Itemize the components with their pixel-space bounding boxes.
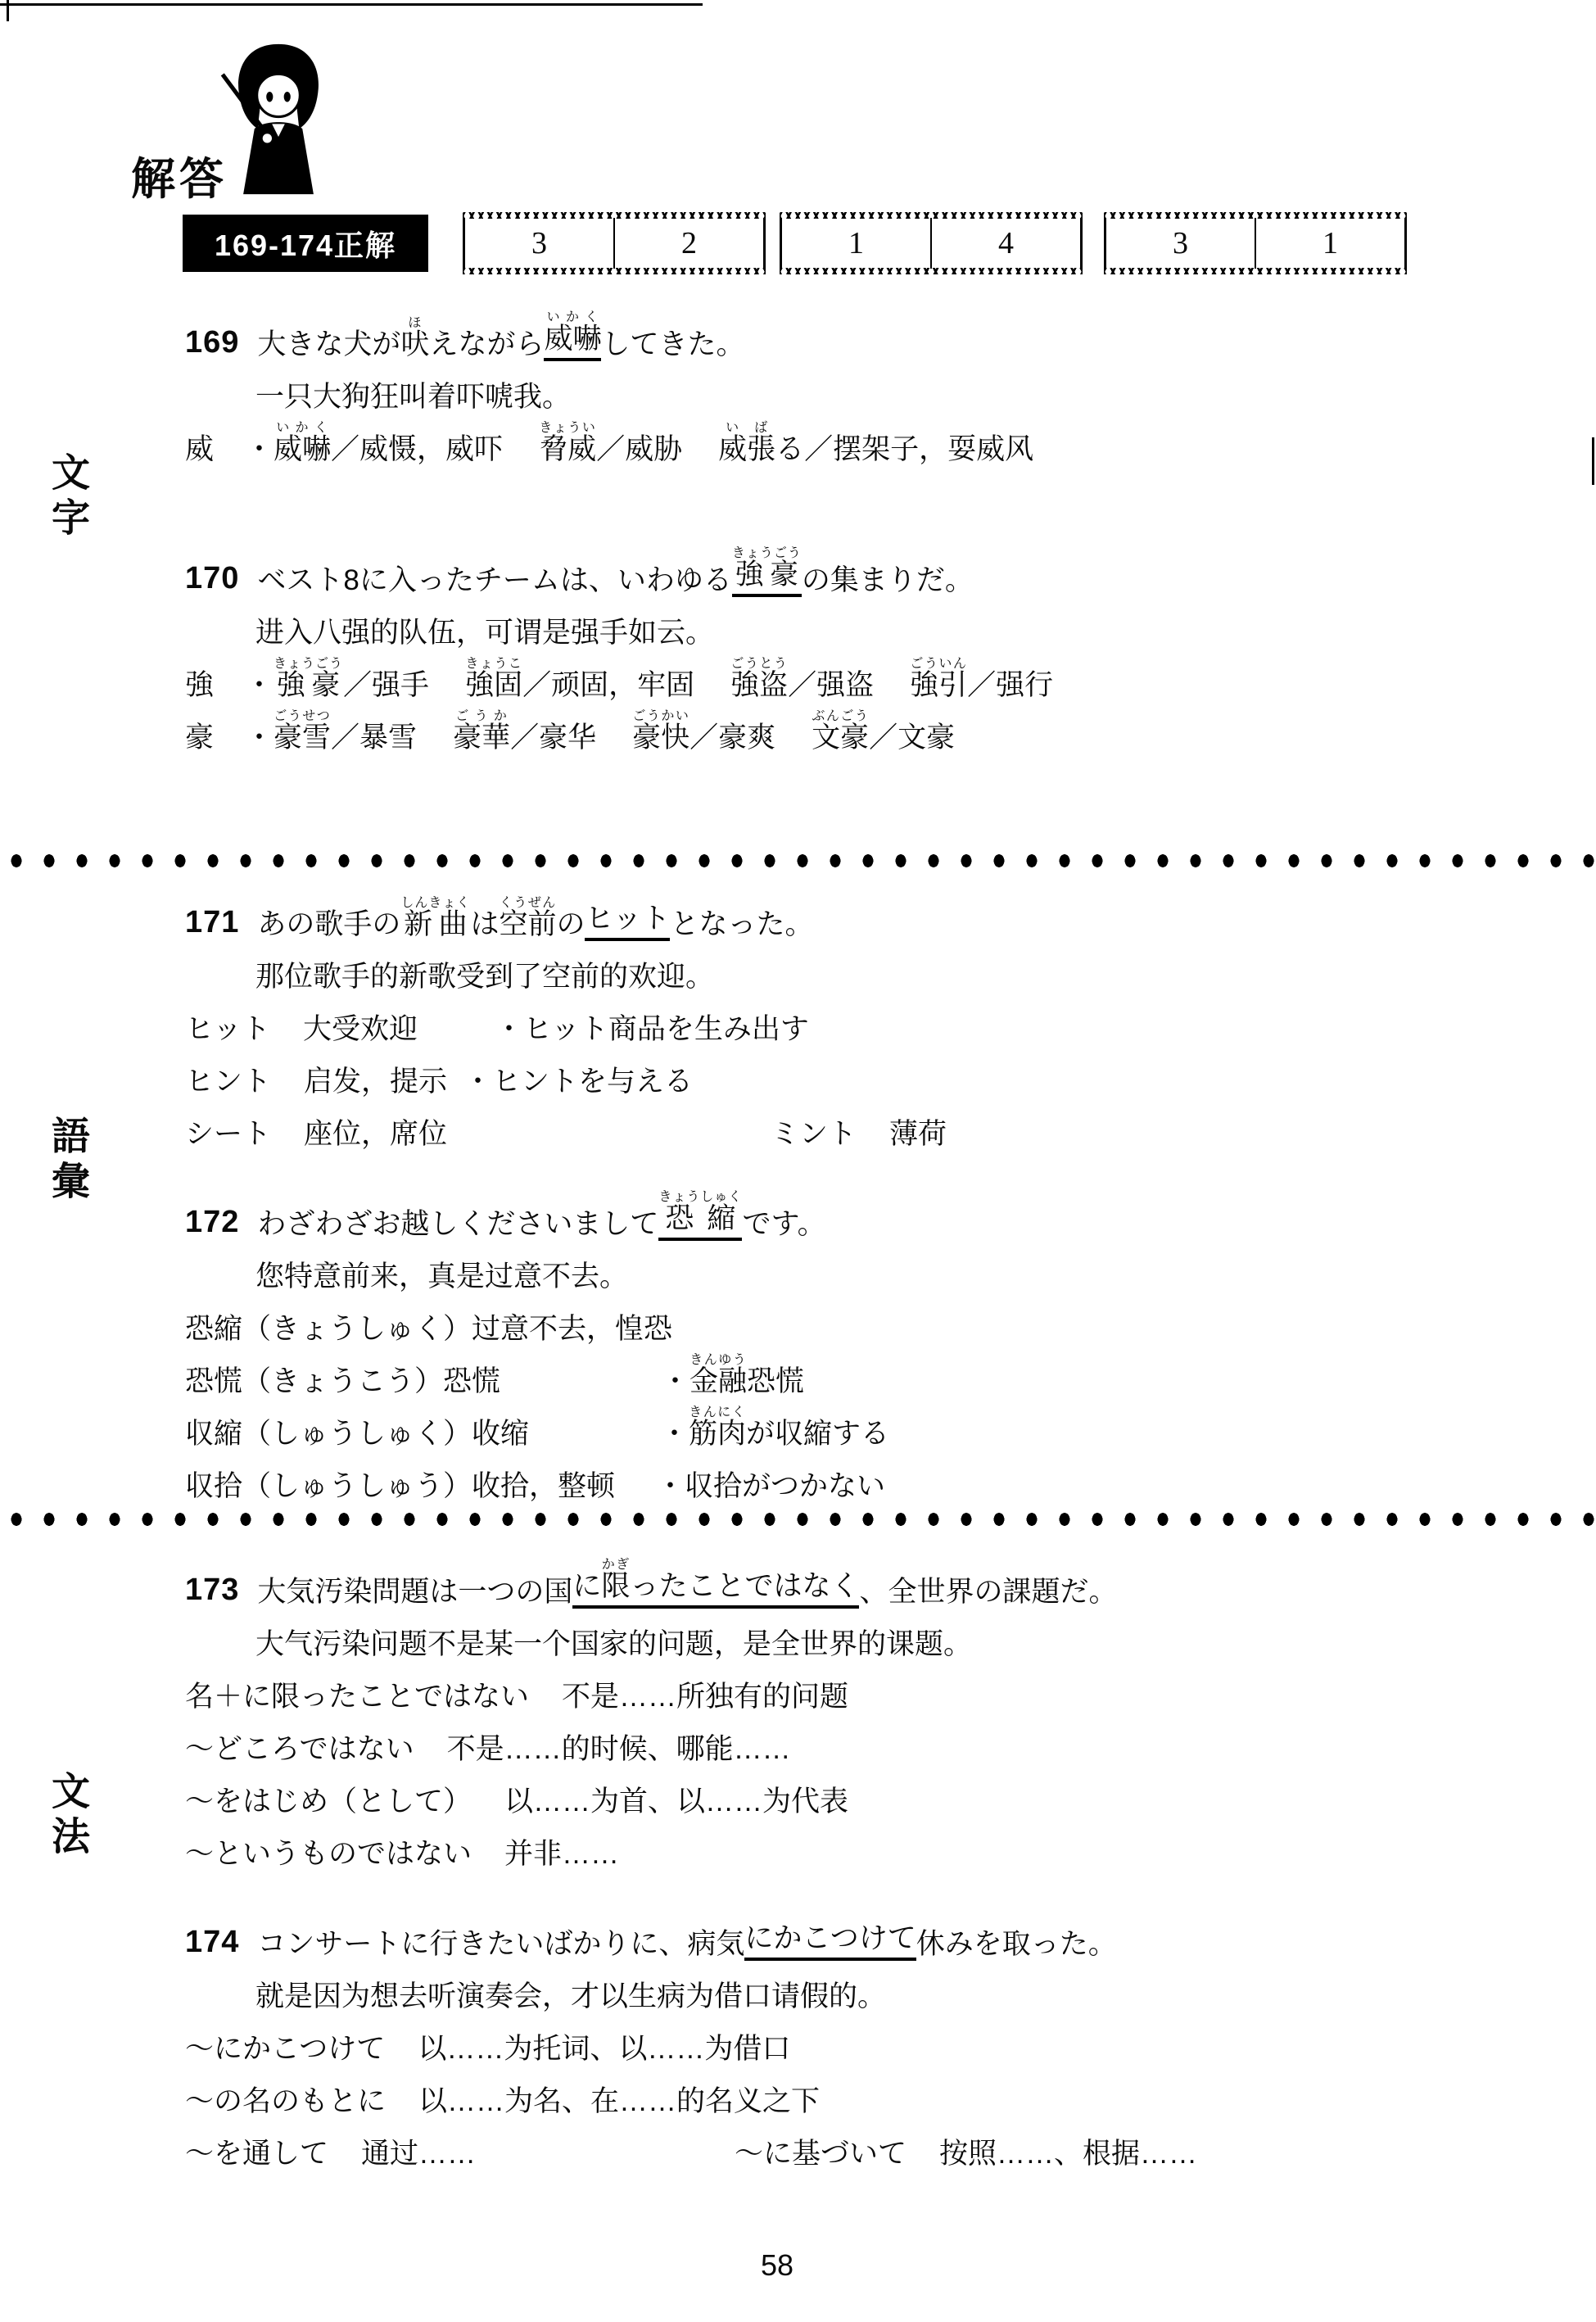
chinese-translation-line: 一只大狗狂叫着吓唬我。 <box>255 361 1544 414</box>
text-segment: えながら <box>429 328 544 361</box>
column-spacer <box>429 701 465 702</box>
text-segment: に <box>572 1570 601 1609</box>
column-spacer <box>386 2117 418 2118</box>
ruby-annotated-text: 文豪ぶんごう <box>812 709 869 754</box>
ruby-annotated-text: 強引ごういん <box>910 657 967 702</box>
text-segment: 不是……的时候、哪能…… <box>447 1733 791 1766</box>
answer-cell: 3 <box>465 218 613 269</box>
text-segment: ミント <box>771 1118 857 1151</box>
section-bunpo: 173大気汚染問題は一つの国に限かぎったことではなく、全世界の課題だ。大气污染问… <box>185 1556 1544 2170</box>
column-spacer <box>414 1765 447 1766</box>
column-spacer <box>596 754 632 754</box>
question-number: 169 <box>185 325 239 361</box>
sidebar-label-bunpo: 文法 <box>41 1771 96 1861</box>
gloss-line: ヒット大受欢迎・ヒット商品を生み出す <box>185 994 1544 1046</box>
gloss-line: 収拾（しゅうしゅう）收拾，整顿・収拾がつかない <box>185 1451 1544 1503</box>
sidebar-label-moji: 文字 <box>41 452 96 542</box>
gloss-line: ヒント启发，提示・ヒントを与える <box>185 1046 1544 1098</box>
text-segment: ～というものではない <box>185 1838 472 1871</box>
ruby-annotated-text: 恐縮きょうしゅく <box>658 1190 742 1241</box>
text-segment: 薄荷 <box>889 1118 947 1151</box>
column-spacer <box>214 465 245 466</box>
text-segment: ・ <box>245 722 274 754</box>
text-segment: ・ <box>660 1418 689 1451</box>
text-segment: 恐縮（きょうしゅく）过意不去，惶恐 <box>185 1313 672 1346</box>
text-segment: してきた。 <box>601 328 744 361</box>
ruby-annotated-text: 限かぎ <box>601 1558 630 1609</box>
ruby-annotated-text: 威嚇いかく <box>544 310 601 361</box>
answer-box: 3 1 <box>1104 218 1407 269</box>
ruby-annotated-text: 強豪きょうごう <box>732 546 802 597</box>
column-spacer <box>385 2065 418 2066</box>
text-segment: ／强手 <box>343 669 429 702</box>
text-segment: コンサートに行きたいばかりに、病気 <box>257 1928 744 1961</box>
column-spacer <box>328 2170 361 2170</box>
gloss-line: ～どころではない不是……的时候、哪能…… <box>185 1713 1544 1766</box>
scan-artifact-left-tick <box>7 0 9 21</box>
text-segment: ～をはじめ（として） <box>185 1786 472 1818</box>
section-goi: 171あの歌手の新曲しんきょくは空前くうぜんのヒットとなった。那位歌手的新歌受到… <box>185 889 1544 1503</box>
column-spacer <box>417 754 453 754</box>
ruby-annotated-text: 威嚇いかく <box>274 421 331 466</box>
gloss-line: ～の名のもとに以……为名、在……的名义之下 <box>185 2066 1544 2118</box>
answer-cell: 3 <box>1106 218 1255 269</box>
text-segment: 一只大狗狂叫着吓唬我。 <box>255 381 571 414</box>
column-spacer <box>271 1150 304 1151</box>
text-segment: ・ヒントを与える <box>463 1066 693 1098</box>
text-segment: 以……为名、在……的名义之下 <box>418 2085 820 2118</box>
text-segment: ・収拾がつかない <box>656 1470 885 1503</box>
text-segment: です。 <box>742 1208 825 1241</box>
column-spacer <box>271 1098 304 1098</box>
text-segment: ～の名のもとに <box>185 2085 386 2118</box>
column-spacer <box>682 465 718 466</box>
text-segment: ヒント <box>185 1066 271 1098</box>
chinese-translation-line: 那位歌手的新歌受到了空前的欢迎。 <box>255 941 1544 994</box>
question-line: 170ベスト8に入ったチームは、いわゆる強豪きょうごうの集まりだ。 <box>185 545 1544 597</box>
chinese-translation-line: 进入八强的队伍，可谓是强手如云。 <box>255 597 1544 650</box>
chinese-translation-line: 大气污染问题不是某一个国家的问题，是全世界的课题。 <box>255 1609 1544 1661</box>
column-spacer <box>214 754 245 754</box>
text-segment: の <box>556 908 585 941</box>
question-line: 169大きな犬が吠ほえながら威嚇いかくしてきた。 <box>185 309 1544 361</box>
text-segment: 启发，提示 <box>304 1066 447 1098</box>
text-segment: となった。 <box>670 908 813 941</box>
ruby-annotated-text: 威張いば <box>718 421 775 466</box>
gloss-line: 威・威嚇いかく／威慑，威吓脅威きょうい／威胁威張いばる／摆架子，耍威风 <box>185 414 1544 466</box>
text-segment: ～どころではない <box>185 1733 414 1766</box>
text-segment: 威 <box>185 433 214 466</box>
dotted-divider <box>0 853 1596 868</box>
question-number: 173 <box>185 1573 239 1609</box>
text-segment: ・ <box>661 1365 689 1398</box>
column-spacer <box>270 1045 303 1046</box>
teacher-girl-illustration <box>205 39 352 199</box>
gloss-line: ～というものではない并非…… <box>185 1818 1544 1871</box>
column-spacer <box>907 2170 939 2170</box>
answer-box: 3 2 <box>463 218 766 269</box>
text-segment: わざわざお越しくださいまして <box>257 1208 658 1241</box>
scan-artifact-top-line <box>0 3 703 6</box>
answer-key-label: 169-174正解 <box>183 215 428 272</box>
answer-cell: 1 <box>782 218 930 269</box>
text-segment: 不是……所独有的问题 <box>562 1681 848 1713</box>
dotted-divider <box>0 1512 1596 1527</box>
ruby-annotated-text: 豪快ごうかい <box>632 709 689 754</box>
text-segment: ～にかこつけて <box>185 2033 385 2066</box>
gloss-line: 強・強豪きょうごう／强手強固きょうこ／顽固，牢固強盗ごうとう／强盗強引ごういん／… <box>185 650 1544 702</box>
ruby-annotated-text: 豪華ごうか <box>453 709 510 754</box>
text-segment: あの歌手の <box>257 908 400 941</box>
gloss-line: ～をはじめ（として）以……为首、以……为代表 <box>185 1766 1544 1818</box>
gloss-line: 恐縮（きょうしゅく）过意不去，惶恐 <box>185 1293 1544 1346</box>
text-segment: ヒット <box>185 1013 270 1046</box>
text-segment: シート <box>185 1118 271 1151</box>
column-spacer <box>775 754 812 754</box>
ruby-annotated-text: 豪雪ごうせつ <box>274 709 331 754</box>
question-number: 174 <box>185 1925 239 1961</box>
text-segment: 収縮（しゅうしゅく）收缩 <box>185 1418 529 1451</box>
question-line: 171あの歌手の新曲しんきょくは空前くうぜんのヒットとなった。 <box>185 889 1544 941</box>
ruby-annotated-text: 強豪きょうごう <box>274 657 343 702</box>
ruby-annotated-text: 金融きんゆう <box>689 1353 747 1398</box>
scan-artifact-right-tick <box>1592 437 1594 485</box>
column-spacer <box>694 701 730 702</box>
text-segment: 収拾（しゅうしゅう）收拾，整顿 <box>185 1470 615 1503</box>
chinese-translation-line: 您特意前来，真是过意不去。 <box>255 1241 1544 1293</box>
text-segment: ベスト8に入ったチームは、いわゆる <box>257 564 731 597</box>
column-spacer <box>472 1817 504 1818</box>
text-segment: ・ <box>245 669 274 702</box>
text-segment: ～を通して <box>185 2138 328 2170</box>
text-segment: ／豪华 <box>510 722 596 754</box>
text-segment: 恐慌（きょうこう）恐慌 <box>185 1365 500 1398</box>
text-segment: ／强行 <box>967 669 1053 702</box>
text-segment: 进入八强的队伍，可谓是强手如云。 <box>255 617 714 650</box>
text-segment: 通过…… <box>361 2138 476 2170</box>
column-spacer <box>529 1713 562 1713</box>
text-segment: ったことではなく <box>630 1570 859 1609</box>
column-spacer <box>857 1150 889 1151</box>
column-spacer <box>447 1098 463 1098</box>
column-spacer <box>529 1450 660 1451</box>
column-spacer <box>418 1045 495 1046</box>
column-spacer <box>500 1397 661 1398</box>
text-segment: 大きな犬が <box>257 328 400 361</box>
answer-cell: 4 <box>930 218 1080 269</box>
gloss-line: 恐慌（きょうこう）恐慌・金融きんゆう恐慌 <box>185 1346 1544 1398</box>
ruby-annotated-text: 強盗ごうとう <box>730 657 788 702</box>
text-segment: ～に基づいて <box>735 2138 907 2170</box>
gloss-line: シート座位，席位ミント薄荷 <box>185 1098 1544 1151</box>
text-segment: ／威慑，威吓 <box>331 433 503 466</box>
text-segment: ・ヒット商品を生み出す <box>495 1013 809 1046</box>
gloss-line: 豪・豪雪ごうせつ／暴雪豪華ごうか／豪华豪快ごうかい／豪爽文豪ぶんごう／文豪 <box>185 702 1544 754</box>
text-segment: ／强盗 <box>788 669 874 702</box>
text-segment: ／文豪 <box>869 722 955 754</box>
text-segment: ・ <box>245 433 274 466</box>
section-moji: 169大きな犬が吠ほえながら威嚇いかくしてきた。一只大狗狂叫着吓唬我。威・威嚇い… <box>185 309 1544 754</box>
question-line: 173大気汚染問題は一つの国に限かぎったことではなく、全世界の課題だ。 <box>185 1556 1544 1609</box>
ruby-annotated-text: 空前くうぜん <box>499 896 556 941</box>
text-segment: 以……为首、以……为代表 <box>504 1786 848 1818</box>
column-spacer <box>447 1150 771 1151</box>
question-number: 172 <box>185 1205 239 1241</box>
chinese-translation-line: 就是因为想去听演奏会，才以生病为借口请假的。 <box>255 1961 1544 2013</box>
text-segment: ／顽固，牢固 <box>522 669 694 702</box>
text-segment: は <box>470 908 499 941</box>
text-segment: が収縮する <box>746 1418 889 1451</box>
column-spacer <box>874 701 910 702</box>
question-line: 172わざわざお越しくださいまして恐縮きょうしゅくです。 <box>185 1188 1544 1241</box>
text-segment: 并非…… <box>504 1838 619 1871</box>
ruby-annotated-text: 脅威きょうい <box>539 421 596 466</box>
column-spacer <box>214 701 245 702</box>
text-segment: 您特意前来，真是过意不去。 <box>255 1261 628 1293</box>
text-segment: の集まりだ。 <box>802 564 974 597</box>
text-segment: 就是因为想去听演奏会，才以生病为借口请假的。 <box>255 1980 886 2013</box>
column-spacer <box>615 1502 656 1503</box>
answer-cell: 1 <box>1255 218 1404 269</box>
text-segment: にかこつけて <box>744 1922 916 1961</box>
text-segment: 大気汚染問題は一つの国 <box>257 1576 572 1609</box>
gloss-line: ～を通して通过……～に基づいて按照……、根据…… <box>185 2118 1544 2170</box>
ruby-annotated-text: 強固きょうこ <box>465 657 522 702</box>
question-line: 174コンサートに行きたいばかりに、病気にかこつけて休みを取った。 <box>185 1908 1544 1961</box>
page-number: 58 <box>716 2248 839 2283</box>
text-segment: ヒット <box>585 903 670 941</box>
text-segment: 以……为托词、以……为借口 <box>418 2033 790 2066</box>
answer-box: 1 4 <box>780 218 1083 269</box>
text-segment: 休みを取った。 <box>916 1928 1117 1961</box>
text-segment: 豪 <box>185 722 214 754</box>
column-spacer <box>476 2170 735 2170</box>
column-spacer <box>503 465 539 466</box>
gloss-line: 収縮（しゅうしゅく）收缩・筋肉きんにくが収縮する <box>185 1398 1544 1451</box>
text-segment: 大受欢迎 <box>303 1013 418 1046</box>
text-segment: ／威胁 <box>596 433 682 466</box>
text-segment: 那位歌手的新歌受到了空前的欢迎。 <box>255 961 714 994</box>
text-segment: 大气污染问题不是某一个国家的问题，是全世界的课题。 <box>255 1628 972 1661</box>
text-segment: る／摆架子，耍威风 <box>775 433 1033 466</box>
text-segment: ／暴雪 <box>331 722 417 754</box>
text-segment: 、全世界の課題だ。 <box>859 1576 1117 1609</box>
ruby-annotated-text: 新曲しんきょく <box>400 896 470 941</box>
text-segment: 按照……、根据…… <box>939 2138 1197 2170</box>
text-segment: 強 <box>185 669 214 702</box>
text-segment: ／豪爽 <box>689 722 775 754</box>
textbook-page: 解答 169-174正解 3 2 1 4 3 1 文字 語彙 文法 <box>0 0 1596 2322</box>
sidebar-label-goi: 語彙 <box>41 1116 96 1206</box>
gloss-line: 名＋に限ったことではない不是……所独有的问题 <box>185 1661 1544 1713</box>
text-segment: 座位，席位 <box>304 1118 447 1151</box>
ruby-annotated-text: 筋肉きんにく <box>689 1405 746 1451</box>
answer-cell: 2 <box>613 218 763 269</box>
ruby-annotated-text: 吠ほ <box>400 316 429 361</box>
question-number: 170 <box>185 561 239 597</box>
gloss-line: ～にかこつけて以……为托词、以……为借口 <box>185 2013 1544 2066</box>
question-number: 171 <box>185 905 239 941</box>
text-segment: 恐慌 <box>747 1365 804 1398</box>
text-segment: 名＋に限ったことではない <box>185 1681 529 1713</box>
column-spacer <box>472 1870 504 1871</box>
